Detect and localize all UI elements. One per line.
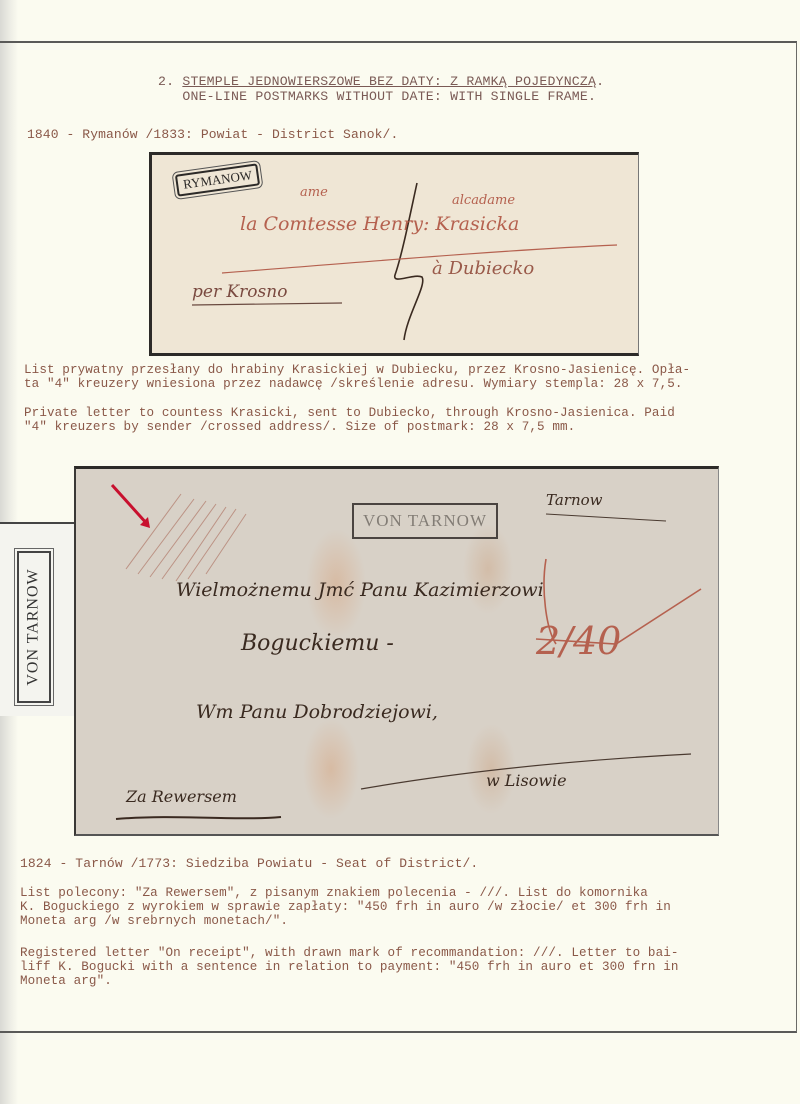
red-arrow-icon — [112, 485, 148, 525]
item2-polish-description: List polecony: "Za Rewersem", z pisanym … — [20, 886, 671, 928]
heading-period: . — [596, 74, 604, 89]
postmark-von-tarnow-text: VON TARNOW — [25, 568, 43, 685]
hw-line1: alcadame — [452, 193, 515, 208]
hw-address-line3: Wm Panu Dobrodziejowi, — [196, 701, 438, 723]
heading-number: 2. — [158, 74, 182, 89]
hw-address-line2: Boguckiemu - — [241, 631, 394, 656]
cover-tarnow-image: VON TARNOW Tarnow Wielmożnemu Jmć Panu K… — [74, 466, 719, 836]
postmark-detail-card: VON TARNOW — [0, 522, 76, 716]
hw-charge: 2/40 — [536, 619, 621, 663]
hw-line3: à Dubiecko — [432, 258, 534, 279]
item1-title: 1840 - Rymanów /1833: Powiat - District … — [27, 128, 398, 142]
heading-polish: STEMPLE JEDNOWIERSZOWE BEZ DATY: Z RAMKĄ… — [182, 74, 596, 89]
hw-destination: w Lisowie — [486, 771, 567, 790]
hw-line2: la Comtesse Henry: Krasicka — [240, 213, 519, 235]
item1-polish-description: List prywatny przesłany do hrabiny Krasi… — [24, 363, 690, 391]
item2-title: 1824 - Tarnów /1773: Siedziba Powiatu - … — [20, 857, 478, 871]
cover-rymanow-image: RYMANOW ame alcadame la Comtesse Henry: … — [149, 152, 639, 356]
hw-line-small: ame — [300, 185, 328, 200]
heading-english-indent — [158, 89, 182, 104]
item1-english-description: Private letter to countess Krasicki, sen… — [24, 406, 675, 434]
handwriting-tarnow — [76, 469, 719, 836]
heading-english: ONE-LINE POSTMARKS WITHOUT DATE: WITH SI… — [182, 89, 596, 104]
hw-address-line1: Wielmożnemu Jmć Panu Kazimierzowi — [176, 579, 544, 601]
handwriting-rymanow — [152, 155, 639, 356]
item2-english-description: Registered letter "On receipt", with dra… — [20, 946, 679, 988]
hw-origin: Tarnow — [546, 491, 602, 509]
hw-registration-note: Za Rewersem — [126, 787, 237, 806]
hw-line4: per Krosno — [192, 282, 287, 302]
section-heading: 2. STEMPLE JEDNOWIERSZOWE BEZ DATY: Z RA… — [158, 74, 604, 104]
postmark-von-tarnow-enlarged: VON TARNOW — [17, 551, 51, 703]
